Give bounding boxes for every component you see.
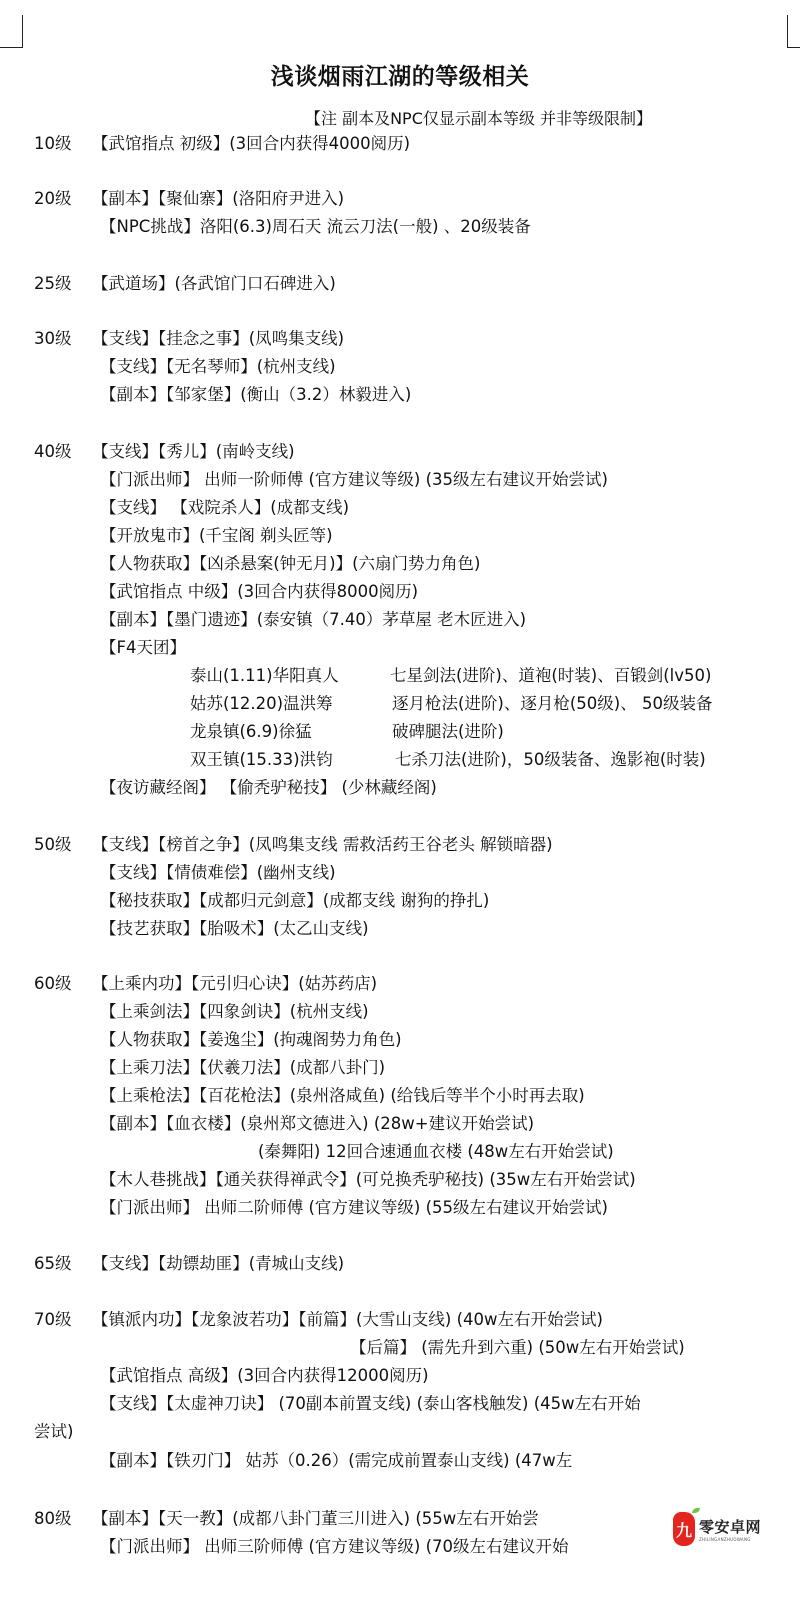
level-label-65: 65级: [34, 1253, 72, 1275]
level-label-10: 10级: [34, 133, 72, 155]
level-label-20: 20级: [34, 188, 72, 210]
entry-line: 【副本】【血衣楼】(泉州郑文德进入) (28w+建议开始尝试): [100, 1113, 534, 1135]
entry-line: 【支线】【情债难偿】(幽州支线): [100, 862, 336, 884]
entry-line: 【门派出师】 出师二阶师傅 (官方建议等级) (55级左右建议开始尝试): [100, 1197, 608, 1219]
entry-line: 【支线】【挂念之事】(凤鸣集支线): [92, 328, 344, 350]
entry-line: 【夜访藏经阁】 【偷秃驴秘技】 (少林藏经阁): [100, 777, 437, 799]
entry-line: 【上乘枪法】【百花枪法】(泉州洛咸鱼) (给钱后等半个小时再去取): [100, 1085, 585, 1107]
entry-line: 【副本】【墨门遗迹】(泰安镇（7.40）茅草屋 老木匠进入): [100, 609, 526, 631]
entry-line: 【副本】【邹家堡】(衡山（3.2）林毅进入): [100, 384, 411, 406]
site-watermark: 九 零安卓网 ZHILINGANZHUOWANG: [673, 1505, 783, 1553]
leaf-icon: [692, 1508, 700, 1513]
entry-line-wrap: 尝试): [34, 1421, 73, 1443]
watermark-text: 零安卓网 ZHILINGANZHUOWANG: [699, 1516, 761, 1542]
entry-line: 【技艺获取】【胎吸术】(太乙山支线): [100, 918, 369, 940]
entry-line: 【F4天团】: [100, 637, 186, 659]
entry-line: 【支线】【秀儿】(南岭支线): [92, 441, 295, 463]
entry-line: 【上乘刀法】【伏羲刀法】(成都八卦门): [100, 1057, 385, 1079]
entry-line: 【开放鬼市】(千宝阁 剃头匠等): [100, 525, 333, 547]
f4-reward: 逐月枪法(进阶)、逐月枪(50级)、 50级装备: [392, 693, 713, 715]
entry-line: 【支线】【劫镖劫匪】(青城山支线): [92, 1253, 344, 1275]
entry-line: 【副本】【天一教】(成都八卦门董三川进入) (55w左右开始尝: [92, 1508, 645, 1530]
entry-line: 【支线】 【戏院杀人】(成都支线): [100, 497, 349, 519]
watermark-logo-icon: 九: [673, 1512, 695, 1546]
entry-line: 【NPC挑战】洛阳(6.3)周石天 流云刀法(一般) 、20级装备: [100, 216, 531, 238]
f4-npc: 双王镇(15.33)洪钧: [190, 749, 333, 771]
f4-reward: 七星剑法(进阶)、道袍(时装)、百锻剑(lv50): [390, 665, 711, 687]
entry-line: 【副本】【铁刃门】 姑苏（0.26）(需完成前置泰山支线) (47w左: [100, 1450, 645, 1472]
level-label-80: 80级: [34, 1508, 72, 1530]
watermark-subtitle: ZHILINGANZHUOWANG: [699, 1537, 761, 1542]
watermark-name: 零安卓网: [699, 1516, 761, 1537]
f4-reward: 破碑腿法(进阶): [392, 721, 504, 743]
entry-line: 【副本】【聚仙寨】(洛阳府尹进入): [92, 188, 344, 210]
entry-line: 【武馆指点 初级】(3回合内获得4000阅历): [92, 133, 410, 155]
entry-line: 【门派出师】 出师一阶师傅 (官方建议等级) (35级左右建议开始尝试): [100, 469, 608, 491]
level-label-60: 60级: [34, 973, 72, 995]
level-label-25: 25级: [34, 273, 72, 295]
entry-line: 【上乘内功】【元引归心诀】(姑苏药店): [92, 973, 377, 995]
entry-line: 【支线】【榜首之争】(凤鸣集支线 需救活药王谷老头 解锁暗器): [92, 834, 553, 856]
document-title: 浅谈烟雨江湖的等级相关: [0, 58, 800, 91]
entry-line: 【门派出师】 出师三阶师傅 (官方建议等级) (70级左右建议开始: [100, 1536, 645, 1558]
crop-mark-top-right: [787, 15, 800, 48]
entry-line: 【秘技获取】【成都归元剑意】(成都支线 谢狗的挣扎): [100, 890, 489, 912]
entry-line: 【人物获取】【凶杀悬案(钟无月)】(六扇门势力角色): [100, 553, 481, 575]
entry-line: 【镇派内功】【龙象波若功】【前篇】(大雪山支线) (40w左右开始尝试): [92, 1309, 603, 1331]
entry-line: (秦舞阳) 12回合速通血衣楼 (48w左右开始尝试): [258, 1141, 614, 1163]
entry-line: 【木人巷挑战】【通关获得禅武令】(可兑换秃驴秘技) (35w左右开始尝试): [100, 1169, 636, 1191]
watermark-logo-char: 九: [676, 1518, 692, 1541]
level-label-50: 50级: [34, 834, 72, 856]
f4-reward: 七杀刀法(进阶)，50级装备、逸影袍(时装): [395, 749, 706, 771]
entry-line: 【人物获取】【姜逸尘】(拘魂阁势力角色): [100, 1029, 402, 1051]
f4-npc: 泰山(1.11)华阳真人: [190, 665, 339, 687]
entry-line: 【后篇】 (需先升到六重) (50w左右开始尝试): [350, 1337, 685, 1359]
entry-line: 【上乘剑法】【四象剑诀】(杭州支线): [100, 1001, 369, 1023]
entry-line: 【武馆指点 中级】(3回合内获得8000阅历): [100, 581, 418, 603]
f4-npc: 姑苏(12.20)温洪筹: [190, 693, 333, 715]
entry-line: 【武馆指点 高级】(3回合内获得12000阅历): [100, 1365, 429, 1387]
level-label-30: 30级: [34, 328, 72, 350]
f4-npc: 龙泉镇(6.9)徐猛: [190, 721, 312, 743]
crop-mark-top-left: [0, 15, 23, 48]
entry-line: 【武道场】(各武馆门口石碑进入): [92, 273, 336, 295]
entry-line: 【支线】【无名琴师】(杭州支线): [100, 356, 336, 378]
level-label-40: 40级: [34, 441, 72, 463]
document-note: 【注 副本及NPC仅显示副本等级 并非等级限制】: [305, 106, 652, 129]
entry-line: 【支线】【太虚神刀诀】 (70副本前置支线) (泰山客栈触发) (45w左右开始: [100, 1393, 641, 1415]
level-label-70: 70级: [34, 1309, 72, 1331]
